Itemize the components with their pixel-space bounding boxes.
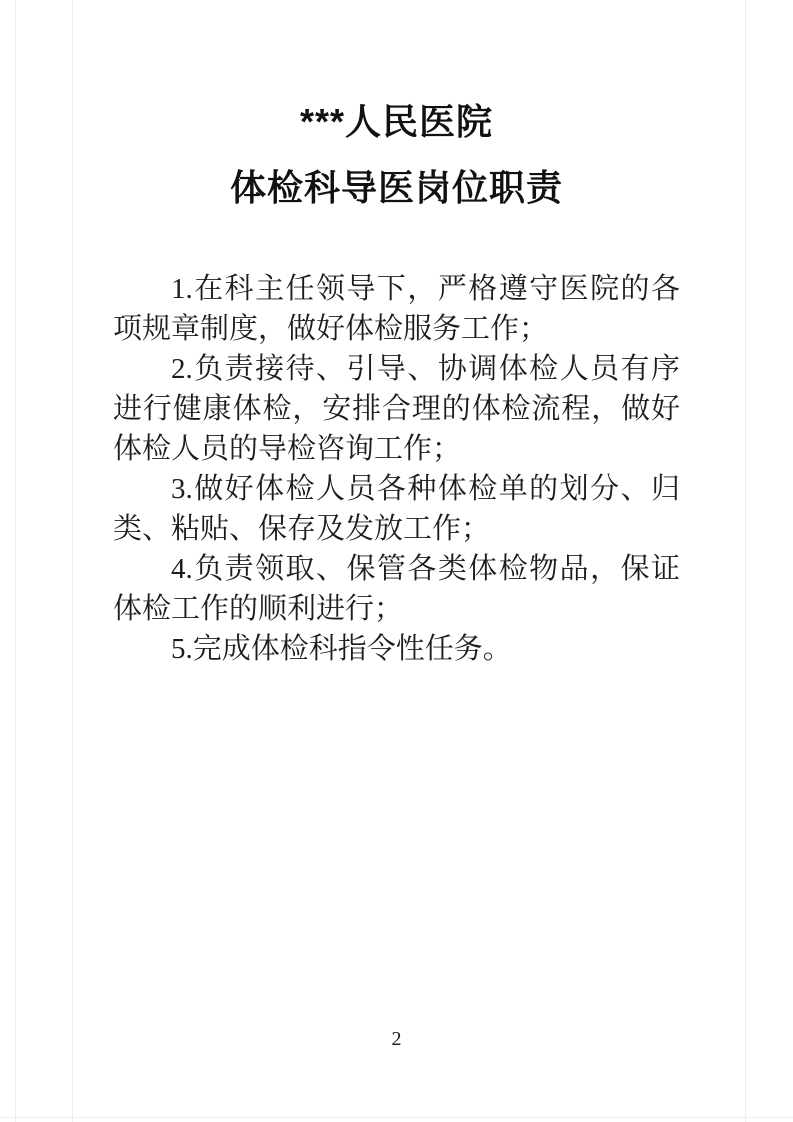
duty-paragraph-1: 1.在科主任领导下，严格遵守医院的各项规章制度，做好体检服务工作； [113,269,680,349]
scan-edge-line-bottom [0,1117,793,1118]
duty-list: 1.在科主任领导下，严格遵守医院的各项规章制度，做好体检服务工作； 2.负责接待… [113,269,680,669]
document-page: ***人民医院 体检科导医岗位职责 1.在科主任领导下，严格遵守医院的各项规章制… [0,0,793,1122]
page-number: 2 [0,1028,793,1051]
document-title-position: 体检科导医岗位职责 [113,168,680,208]
document-title-hospital: ***人民医院 [113,0,680,142]
duty-paragraph-3: 3.做好体检人员各种体检单的划分、归类、粘贴、保存及发放工作； [113,469,680,549]
duty-paragraph-2: 2.负责接待、引导、协调体检人员有序进行健康体检，安排合理的体检流程，做好体检人… [113,349,680,469]
duty-paragraph-5: 5.完成体检科指令性任务。 [113,629,680,669]
document-content: ***人民医院 体检科导医岗位职责 1.在科主任领导下，严格遵守医院的各项规章制… [0,0,793,669]
duty-paragraph-4: 4.负责领取、保管各类体检物品，保证体检工作的顺利进行； [113,549,680,629]
